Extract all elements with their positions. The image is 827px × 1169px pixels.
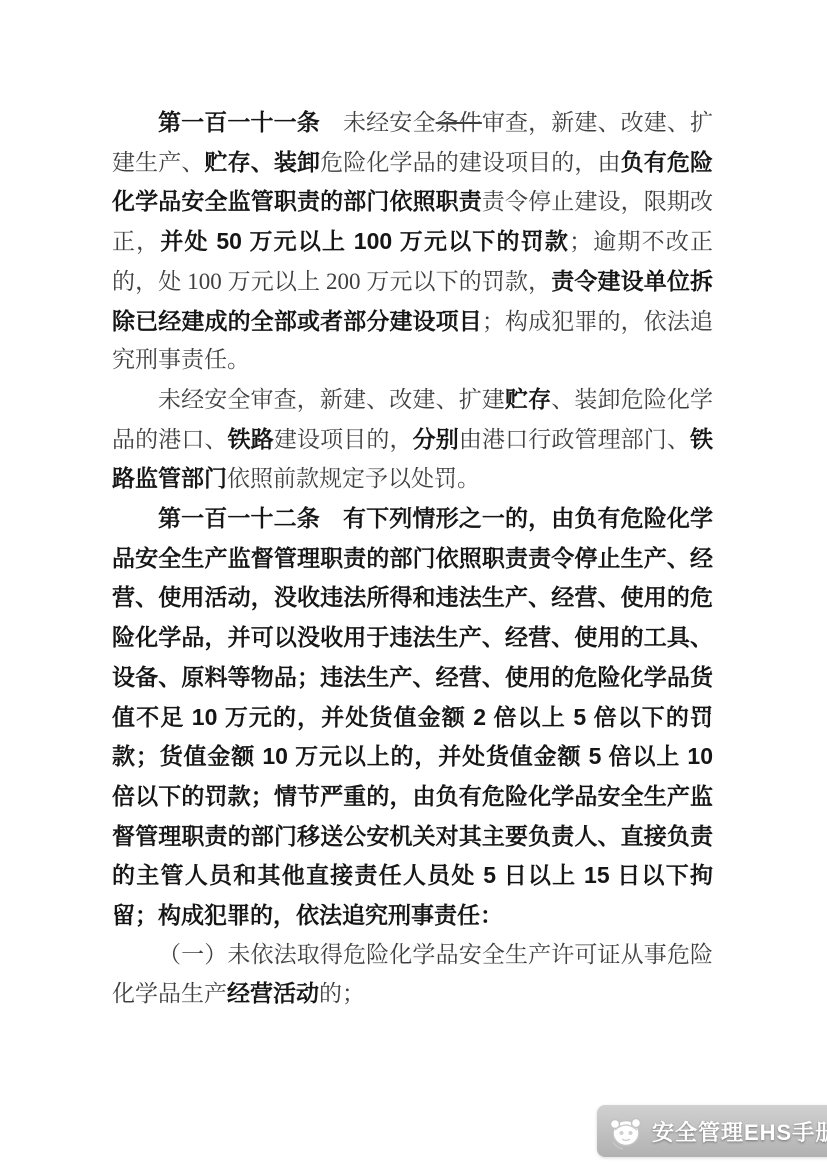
document-text: 第一百一十一条 未经安全条件审查，新建、改建、扩建生产、贮存、装卸危险化学品的建… xyxy=(112,103,713,1014)
text-run-bold: 第一百一十一条 xyxy=(158,109,343,135)
text-run-bold: 第一百一十二条 有下列情形之一的，由负有危险化学品安全生产监督管理职责的部门依照… xyxy=(112,505,719,928)
text-run-regular: 未经安全审查，新建、改建、扩建 xyxy=(158,387,505,412)
text-run-bold: 铁路 xyxy=(228,426,274,452)
text-run-regular: （一）未依法取得危险化学品安全生产许可证从事危险化学品生产 xyxy=(112,942,713,1007)
text-run-bold: 并处 50 万元以上 100 万元以下的罚款 xyxy=(160,228,569,254)
text-run-regular: 依照前款规定予以处罚。 xyxy=(227,466,480,491)
text-run-bold: 贮存 xyxy=(505,386,551,412)
text-run-bold: 经营活动 xyxy=(227,980,319,1006)
text-run-bold: 分别 xyxy=(413,426,459,452)
watermark-badge: 安全管理EHS手册 xyxy=(597,1105,827,1157)
ehs-mascot-logo-icon xyxy=(605,1108,645,1154)
text-run-regular: 的； xyxy=(319,981,365,1006)
text-run-regular: 危险化学品的建设项目的，由 xyxy=(320,150,621,175)
paragraph-item-1: （一）未依法取得危险化学品安全生产许可证从事危险化学品生产经营活动的； xyxy=(112,936,713,1014)
document-page: 第一百一十一条 未经安全条件审查，新建、改建、扩建生产、贮存、装卸危险化学品的建… xyxy=(0,0,827,1169)
text-run-regular: 未经安全 xyxy=(343,110,436,135)
watermark-label: 安全管理EHS手册 xyxy=(652,1116,827,1147)
paragraph-article-111-clause-1: 第一百一十一条 未经安全条件审查，新建、改建、扩建生产、贮存、装卸危险化学品的建… xyxy=(112,103,713,380)
text-run-bold: 贮存、装卸 xyxy=(204,149,320,175)
paragraph-article-112: 第一百一十二条 有下列情形之一的，由负有危险化学品安全生产监督管理职责的部门依照… xyxy=(112,499,713,936)
text-run-regular: 由港口行政管理部门、 xyxy=(459,427,690,452)
text-run-strike: 条件 xyxy=(436,110,482,135)
paragraph-article-111-clause-2: 未经安全审查，新建、改建、扩建贮存、装卸危险化学品的港口、铁路建设项目的，分别由… xyxy=(112,380,713,499)
text-run-regular: 建设项目的， xyxy=(274,427,413,452)
